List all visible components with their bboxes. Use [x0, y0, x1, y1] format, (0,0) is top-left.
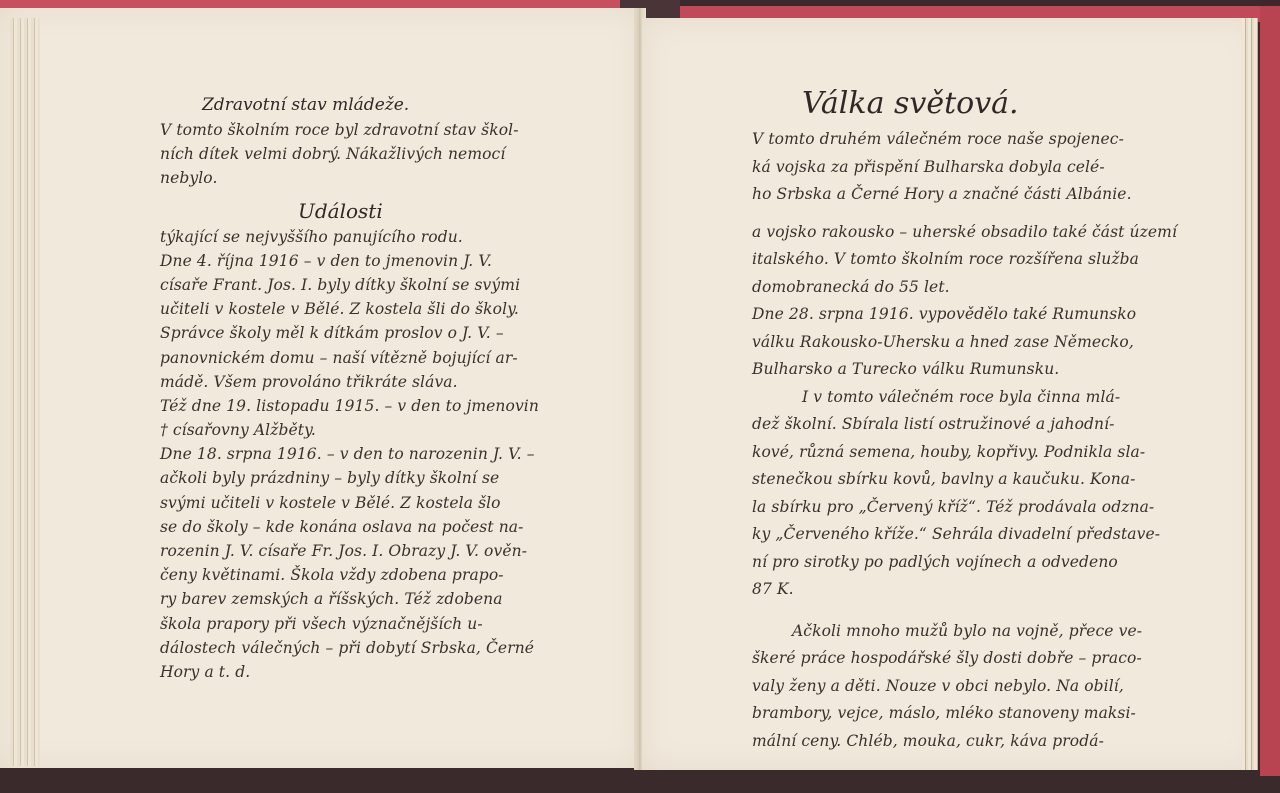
text-line: učiteli v kostele v Bělé. Z kostela šli … [160, 297, 600, 321]
page-edges-left [10, 18, 40, 766]
text-line: italského. V tomto školním roce rozšířen… [752, 246, 1212, 274]
text-line: ačkoli byly prázdniny – byly dítky školn… [160, 466, 600, 490]
text-line: dež školní. Sbírala listí ostružinové a … [752, 411, 1212, 439]
text-line: † císařovny Alžběty. [160, 418, 600, 442]
text-line: mální ceny. Chléb, mouka, cukr, káva pro… [752, 728, 1212, 756]
text-line: ho Srbska a Černé Hory a značné části Al… [752, 181, 1212, 209]
text-line: nebylo. [160, 166, 600, 190]
page-edges-right [1242, 18, 1258, 770]
text-line: čeny květinami. Škola vždy zdobena prapo… [160, 563, 600, 587]
left-page-text: Zdravotní stav mládeže. V tomto školním … [160, 92, 600, 684]
text-line: týkající se nejvyššího panujícího rodu. [160, 225, 600, 249]
book-cover-right-edge [1260, 6, 1280, 776]
text-line: V tomto druhém válečném roce naše spojen… [752, 126, 1212, 154]
text-line: 87 K. [752, 576, 1212, 604]
text-line: škeré práce hospodářské šly dosti dobře … [752, 645, 1212, 673]
events-heading: Události [160, 191, 600, 225]
text-line: V tomto školním roce byl zdravotní stav … [160, 118, 600, 142]
text-line: ní pro sirotky po padlých vojínech a odv… [752, 549, 1212, 577]
war-heading: Válka světová. [752, 84, 1212, 126]
text-line: panovnickém domu – naší vítězně bojující… [160, 346, 600, 370]
right-page: Válka světová. V tomto druhém válečném r… [642, 18, 1258, 770]
text-line: kové, různá semena, houby, kopřivy. Podn… [752, 439, 1212, 467]
right-page-text: Válka světová. V tomto druhém válečném r… [752, 84, 1212, 755]
text-line: dálostech válečných – při dobytí Srbska,… [160, 636, 600, 660]
text-line: a vojsko rakousko – uherské obsadilo tak… [752, 219, 1212, 247]
text-line: císaře Frant. Jos. I. byly dítky školní … [160, 273, 600, 297]
text-line: Hory a t. d. [160, 660, 600, 684]
text-line: domobranecká do 55 let. [752, 274, 1212, 302]
text-line: svými učiteli v kostele v Bělé. Z kostel… [160, 491, 600, 515]
text-line: la sbírku pro „Červený kříž“. Též prodáv… [752, 494, 1212, 522]
text-line: Dne 28. srpna 1916. vypovědělo také Rumu… [752, 301, 1212, 329]
text-line: valy ženy a děti. Nouze v obci nebylo. N… [752, 673, 1212, 701]
text-line: se do školy – kde konána oslava na počes… [160, 515, 600, 539]
text-line: Též dne 19. listopadu 1915. – v den to j… [160, 394, 600, 418]
text-line: ká vojska za přispění Bulharska dobyla c… [752, 154, 1212, 182]
text-line: I v tomto válečném roce byla činna mlá- [752, 384, 1212, 412]
text-line: brambory, vejce, máslo, mléko stanoveny … [752, 700, 1212, 728]
text-line: Ačkoli mnoho mužů bylo na vojně, přece v… [752, 618, 1212, 646]
text-line: ky „Červeného kříže.“ Sehrála divadelní … [752, 521, 1212, 549]
text-line: Správce školy měl k dítkám proslov o J. … [160, 321, 600, 345]
text-line: mádě. Všem provoláno třikráte sláva. [160, 370, 600, 394]
text-line: Bulharsko a Turecko válku Rumunsku. [752, 356, 1212, 384]
text-line: rozenin J. V. císaře Fr. Jos. I. Obrazy … [160, 539, 600, 563]
health-heading: Zdravotní stav mládeže. [160, 92, 600, 118]
text-line: škola prapory při všech význačnějších u- [160, 612, 600, 636]
text-line: válku Rakousko-Uhersku a hned zase Němec… [752, 329, 1212, 357]
left-page: Zdravotní stav mládeže. V tomto školním … [0, 8, 640, 768]
text-line: ry barev zemských a říšských. Též zdoben… [160, 587, 600, 611]
text-line: stenečkou sbírku kovů, bavlny a kaučuku.… [752, 466, 1212, 494]
text-line: ních dítek velmi dobrý. Nákažlivých nemo… [160, 142, 600, 166]
text-line: Dne 18. srpna 1916. – v den to narozenin… [160, 442, 600, 466]
text-line: Dne 4. října 1916 – v den to jmenovin J.… [160, 249, 600, 273]
